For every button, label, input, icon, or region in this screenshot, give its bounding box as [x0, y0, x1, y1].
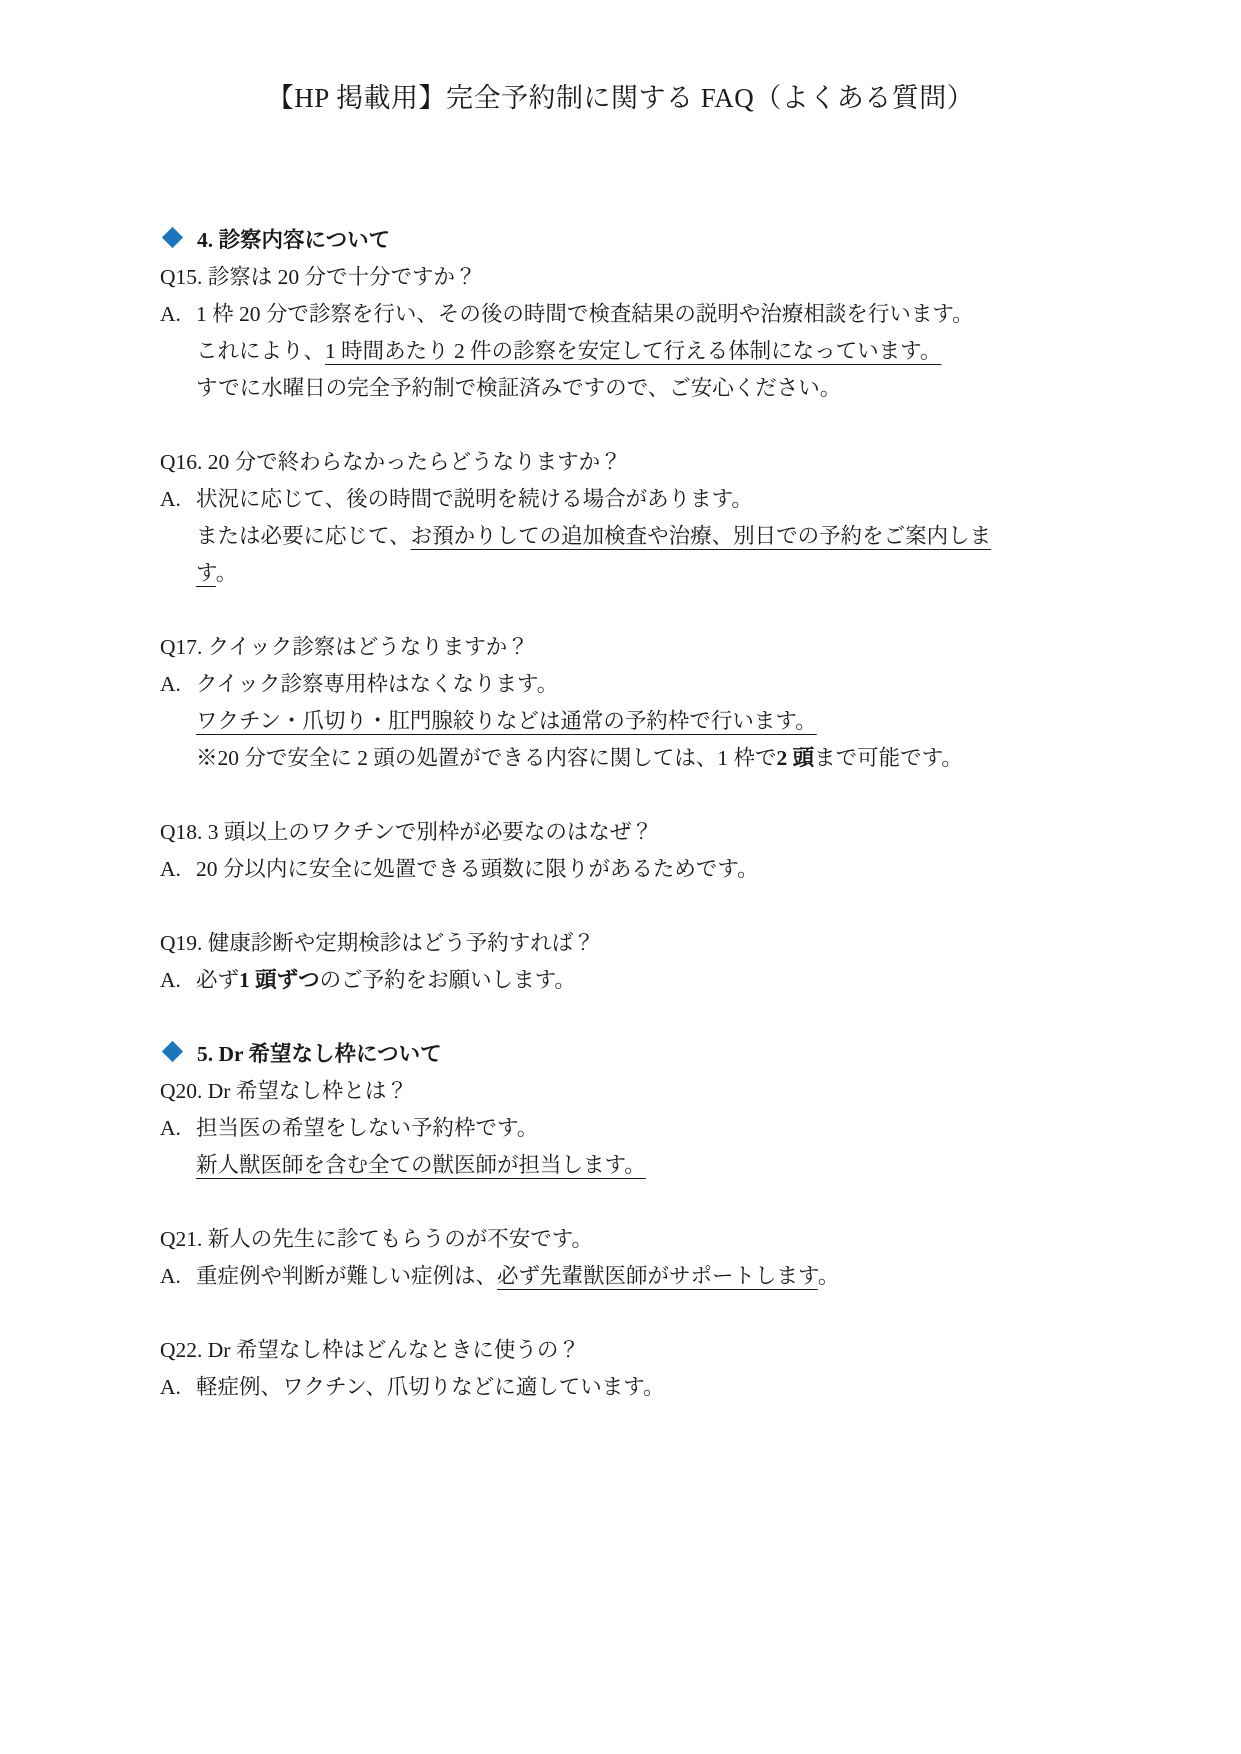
answer-line: A.20 分以内に安全に処置できる頭数に限りがあるためです。: [160, 851, 1191, 888]
answer-line: A.必ず1 頭ずつのご予約をお願いします。: [160, 962, 1191, 999]
qa-block-q20: Q20. Dr 希望なし枠とは？ A.担当医の希望をしない予約枠です。 新人獣医…: [160, 1073, 1191, 1184]
answer-continuation-line: ※20 分で安全に 2 頭の処置ができる内容に関しては、1 枠で2 頭まで可能で…: [160, 740, 1191, 777]
qa-block-q21: Q21. 新人の先生に診てもらうのが不安です。 A.重症例や判断が難しい症例は、…: [160, 1221, 1191, 1295]
answer-text: 20 分以内に安全に処置できる頭数に限りがあるためです。: [196, 857, 759, 881]
qa-block-q18: Q18. 3 頭以上のワクチンで別枠が必要なのはなぜ？ A.20 分以内に安全に…: [160, 814, 1191, 888]
answer-prefix: A.: [160, 1110, 196, 1147]
answer-underlined-text: ワクチン・爪切り・肛門腺絞りなどは通常の予約枠で行います。: [196, 709, 817, 733]
answer-line: A.1 枠 20 分で診察を行い、その後の時間で検査結果の説明や治療相談を行いま…: [160, 296, 1191, 333]
question-line: Q18. 3 頭以上のワクチンで別枠が必要なのはなぜ？: [160, 814, 1191, 851]
answer-underlined-text: お預かりしての追加検査や治療、別日での予約をご案内しま: [411, 524, 992, 548]
answer-continuation-line: これにより、1 時間あたり 2 件の診察を安定して行える体制になっています。: [160, 333, 1191, 370]
question-text: Q16. 20 分で終わらなかったらどうなりますか？: [160, 450, 622, 474]
answer-text: これにより、: [196, 339, 325, 363]
answer-bold-text: 1 頭ずつ: [239, 968, 320, 992]
diamond-icon: [162, 1041, 183, 1062]
qa-block-q17: Q17. クイック診察はどうなりますか？ A.クイック診察専用枠はなくなります。…: [160, 629, 1191, 777]
answer-continuation-line: 新人獣医師を含む全ての獣医師が担当します。: [160, 1147, 1191, 1184]
answer-text: 軽症例、ワクチン、爪切りなどに適しています。: [196, 1375, 665, 1399]
question-line: Q15. 診察は 20 分で十分ですか？: [160, 259, 1191, 296]
answer-bold-text: 2 頭: [777, 746, 815, 770]
question-line: Q22. Dr 希望なし枠はどんなときに使うの？: [160, 1332, 1191, 1369]
answer-continuation-line: すでに水曜日の完全予約制で検証済みですので、ご安心ください。: [160, 370, 1191, 407]
question-text: Q19. 健康診断や定期検診はどう予約すれば？: [160, 931, 595, 955]
answer-prefix: A.: [160, 851, 196, 888]
document-body: 4. 診察内容について Q15. 診察は 20 分で十分ですか？ A.1 枠 2…: [0, 222, 1241, 1406]
page-title: 【HP 掲載用】完全予約制に関する FAQ（よくある質問）: [0, 78, 1241, 118]
answer-text: クイック診察専用枠はなくなります。: [196, 672, 558, 696]
answer-text: 。: [216, 561, 238, 585]
question-line: Q21. 新人の先生に診てもらうのが不安です。: [160, 1221, 1191, 1258]
question-text: Q20. Dr 希望なし枠とは？: [160, 1079, 408, 1103]
answer-underlined-text: す: [196, 561, 216, 585]
answer-line: A.重症例や判断が難しい症例は、必ず先輩獣医師がサポートします。: [160, 1258, 1191, 1295]
question-line: Q20. Dr 希望なし枠とは？: [160, 1073, 1191, 1110]
diamond-icon: [162, 227, 183, 248]
answer-underlined-text: 1 時間あたり 2 件の診察を安定して行える体制になっています。: [325, 339, 941, 363]
answer-prefix: A.: [160, 962, 196, 999]
section-heading-5: 5. Dr 希望なし枠について: [160, 1036, 1191, 1073]
question-line: Q17. クイック診察はどうなりますか？: [160, 629, 1191, 666]
qa-block-q22: Q22. Dr 希望なし枠はどんなときに使うの？ A.軽症例、ワクチン、爪切りな…: [160, 1332, 1191, 1406]
answer-continuation-line: ワクチン・爪切り・肛門腺絞りなどは通常の予約枠で行います。: [160, 703, 1191, 740]
section-heading-4: 4. 診察内容について: [160, 222, 1191, 259]
answer-prefix: A.: [160, 666, 196, 703]
answer-line: A.クイック診察専用枠はなくなります。: [160, 666, 1191, 703]
answer-text: まで可能です。: [814, 746, 963, 770]
answer-prefix: A.: [160, 1258, 196, 1295]
answer-line: A.軽症例、ワクチン、爪切りなどに適しています。: [160, 1369, 1191, 1406]
answer-text: のご予約をお願いします。: [320, 968, 576, 992]
answer-prefix: A.: [160, 1369, 196, 1406]
document-page: 【HP 掲載用】完全予約制に関する FAQ（よくある質問） 4. 診察内容につい…: [0, 0, 1241, 1754]
qa-block-q19: Q19. 健康診断や定期検診はどう予約すれば？ A.必ず1 頭ずつのご予約をお願…: [160, 925, 1191, 999]
answer-text: すでに水曜日の完全予約制で検証済みですので、ご安心ください。: [196, 376, 841, 400]
qa-block-q16: Q16. 20 分で終わらなかったらどうなりますか？ A.状況に応じて、後の時間…: [160, 444, 1191, 592]
answer-text: 。: [818, 1264, 840, 1288]
question-text: Q22. Dr 希望なし枠はどんなときに使うの？: [160, 1338, 580, 1362]
question-line: Q16. 20 分で終わらなかったらどうなりますか？: [160, 444, 1191, 481]
answer-continuation-line: または必要に応じて、お預かりしての追加検査や治療、別日での予約をご案内しま: [160, 518, 1191, 555]
answer-text: 必ず: [196, 968, 239, 992]
answer-prefix: A.: [160, 481, 196, 518]
answer-continuation-line: す。: [160, 555, 1191, 592]
answer-underlined-text: 必ず先輩獣医師がサポートします: [497, 1264, 818, 1288]
answer-line: A.担当医の希望をしない予約枠です。: [160, 1110, 1191, 1147]
answer-prefix: A.: [160, 296, 196, 333]
question-text: Q15. 診察は 20 分で十分ですか？: [160, 265, 477, 289]
answer-text: 重症例や判断が難しい症例は、: [196, 1264, 497, 1288]
answer-text: または必要に応じて、: [196, 524, 411, 548]
question-line: Q19. 健康診断や定期検診はどう予約すれば？: [160, 925, 1191, 962]
qa-block-q15: Q15. 診察は 20 分で十分ですか？ A.1 枠 20 分で診察を行い、その…: [160, 259, 1191, 407]
question-text: Q17. クイック診察はどうなりますか？: [160, 635, 529, 659]
section-heading-label: 5. Dr 希望なし枠について: [197, 1042, 442, 1066]
answer-text: 担当医の希望をしない予約枠です。: [196, 1116, 538, 1140]
question-text: Q21. 新人の先生に診てもらうのが不安です。: [160, 1227, 593, 1251]
answer-text: 状況に応じて、後の時間で説明を続ける場合があります。: [196, 487, 753, 511]
answer-underlined-text: 新人獣医師を含む全ての獣医師が担当します。: [196, 1153, 646, 1177]
question-text: Q18. 3 頭以上のワクチンで別枠が必要なのはなぜ？: [160, 820, 653, 844]
section-heading-label: 4. 診察内容について: [197, 228, 390, 252]
answer-text: 1 枠 20 分で診察を行い、その後の時間で検査結果の説明や治療相談を行います。: [196, 302, 974, 326]
answer-text: ※20 分で安全に 2 頭の処置ができる内容に関しては、1 枠で: [196, 746, 777, 770]
answer-line: A.状況に応じて、後の時間で説明を続ける場合があります。: [160, 481, 1191, 518]
